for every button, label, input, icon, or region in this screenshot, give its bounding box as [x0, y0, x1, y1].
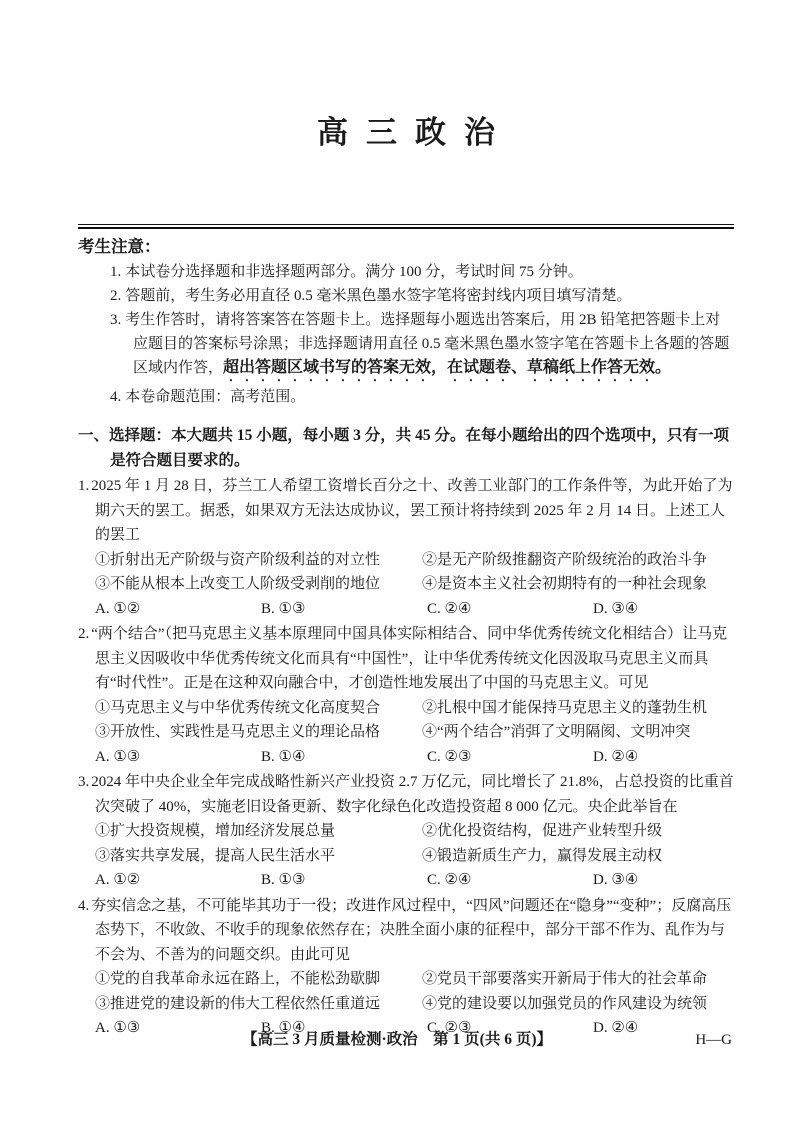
- choice-2: ②扎根中国才能保持马克思主义的蓬勃生机: [422, 696, 734, 721]
- choice-row: ①折射出无产阶级与资产阶级利益的对立性 ②是无产阶级推翻资产阶级统治的政治斗争: [78, 548, 734, 573]
- choice-row: ③不能从根本上改变工人阶级受剥削的地位 ④是资本主义社会初期特有的一种社会现象: [78, 572, 734, 597]
- notice-item-emphasis: 超出答题区域书写的答案无效，在试题卷、草稿纸上作答无效。: [223, 359, 671, 376]
- choice-2: ②优化投资结构，促进产业转型升级: [422, 819, 734, 844]
- notice-item-3: 3.考生作答时，请将答案答在答题卡上。选择题每小题选出答案后，用 2B 铅笔把答…: [78, 308, 734, 385]
- choice-4: ④“两个结合”消弭了文明隔阂、文明冲突: [422, 720, 734, 745]
- choice-row: ③落实共享发展，提高人民生活水平 ④锻造新质生产力，赢得发展主动权: [78, 844, 734, 869]
- option-c: C. ②④: [427, 597, 593, 622]
- notice-item-number: 4.: [110, 389, 121, 405]
- choice-row: ①扩大投资规模，增加经济发展总量 ②优化投资结构，促进产业转型升级: [78, 819, 734, 844]
- notice-item-text: 本卷命题范围：高考范围。: [125, 389, 305, 405]
- option-a: A. ①②: [95, 868, 261, 893]
- question-number: 2.: [78, 626, 89, 642]
- candidate-notice: 考生注意： 1.本试卷分选择题和非选择题两部分。满分 100 分，考试时间 75…: [78, 234, 734, 409]
- option-b: B. ①④: [261, 745, 427, 770]
- question-stem-text: 2025 年 1 月 28 日，芬兰工人希望工资增长百分之十、改善工业部门的工作…: [91, 478, 732, 543]
- choice-4: ④党的建设要以加强党员的作风建设为统领: [422, 992, 734, 1017]
- question-number: 3.: [78, 774, 89, 790]
- choice-3: ③推进党的建设新的伟大工程依然任重道远: [95, 992, 422, 1017]
- option-a: A. ①②: [95, 597, 261, 622]
- notice-item-2: 2.答题前，考生务必用直径 0.5 毫米黑色墨水签字笔将密封线内项目填写清楚。: [78, 284, 734, 308]
- choice-2: ②党员干部要落实开新局于伟大的社会革命: [422, 967, 734, 992]
- choice-3: ③开放性、实践性是马克思主义的理论品格: [95, 720, 422, 745]
- option-d: D. ③④: [593, 868, 638, 893]
- option-a: A. ①③: [95, 745, 261, 770]
- page-title: 高三政治: [78, 0, 734, 154]
- option-row: A. ①② B. ①③ C. ②④ D. ③④: [78, 868, 734, 893]
- option-c: C. ②④: [427, 868, 593, 893]
- footer-page-label: 【高三 3 月质量检测·政治 第 1 页(共 6 页)】: [242, 1031, 552, 1048]
- notice-item-number: 1.: [110, 264, 121, 280]
- question-4: 4.夯实信念之基，不可能毕其功于一役；改进作风过程中，“四风”问题还在“隐身”“…: [78, 894, 734, 1041]
- question-stem: 1.2025 年 1 月 28 日，芬兰工人希望工资增长百分之十、改善工业部门的…: [78, 474, 734, 548]
- option-d: D. ②④: [593, 745, 638, 770]
- exam-paper-page: 高三政治 考生注意： 1.本试卷分选择题和非选择题两部分。满分 100 分，考试…: [0, 0, 794, 1122]
- header-divider: [78, 224, 734, 229]
- choice-3: ③落实共享发展，提高人民生活水平: [95, 844, 422, 869]
- notice-item-number: 3.: [110, 312, 121, 328]
- notice-item-4: 4.本卷命题范围：高考范围。: [78, 385, 734, 409]
- question-2: 2.“两个结合”（把马克思主义基本原理同中国具体实际相结合、同中华优秀传统文化相…: [78, 622, 734, 769]
- choice-1: ①马克思主义与中华优秀传统文化高度契合: [95, 696, 422, 721]
- question-3: 3.2024 年中央企业全年完成战略性新兴产业投资 2.7 万亿元，同比增长了 …: [78, 770, 734, 893]
- option-d: D. ③④: [593, 597, 638, 622]
- choice-2: ②是无产阶级推翻资产阶级统治的政治斗争: [422, 548, 734, 573]
- choice-row: ③推进党的建设新的伟大工程依然任重道远 ④党的建设要以加强党员的作风建设为统领: [78, 992, 734, 1017]
- page-content: 高三政治 考生注意： 1.本试卷分选择题和非选择题两部分。满分 100 分，考试…: [0, 0, 794, 1041]
- choice-1: ①扩大投资规模，增加经济发展总量: [95, 819, 422, 844]
- option-c: C. ②③: [427, 745, 593, 770]
- question-stem-text: 2024 年中央企业全年完成战略性新兴产业投资 2.7 万亿元，同比增长了 21…: [91, 774, 734, 815]
- choice-row: ①党的自我革命永远在路上，不能松劲歇脚 ②党员干部要落实开新局于伟大的社会革命: [78, 967, 734, 992]
- question-number: 1.: [78, 478, 89, 494]
- option-b: B. ①③: [261, 597, 427, 622]
- section-heading-choice-questions: 一、选择题：本大题共 15 小题，每小题 3 分，共 45 分。在每小题给出的四…: [78, 423, 734, 473]
- question-1: 1.2025 年 1 月 28 日，芬兰工人希望工资增长百分之十、改善工业部门的…: [78, 474, 734, 621]
- footer-paper-code: H—G: [695, 1028, 732, 1052]
- option-row: A. ①③ B. ①④ C. ②③ D. ②④: [78, 745, 734, 770]
- notice-heading: 考生注意：: [78, 234, 734, 260]
- notice-item-text: 本试卷分选择题和非选择题两部分。满分 100 分，考试时间 75 分钟。: [125, 264, 583, 280]
- page-footer: 【高三 3 月质量检测·政治 第 1 页(共 6 页)】 H—G: [0, 1028, 794, 1052]
- question-stem: 3.2024 年中央企业全年完成战略性新兴产业投资 2.7 万亿元，同比增长了 …: [78, 770, 734, 819]
- notice-item-number: 2.: [110, 288, 121, 304]
- choice-row: ③开放性、实践性是马克思主义的理论品格 ④“两个结合”消弭了文明隔阂、文明冲突: [78, 720, 734, 745]
- question-number: 4.: [78, 898, 89, 914]
- option-row: A. ①② B. ①③ C. ②④ D. ③④: [78, 597, 734, 622]
- question-stem-text: “两个结合”（把马克思主义基本原理同中国具体实际相结合、同中华优秀传统文化相结合…: [91, 626, 727, 691]
- choice-4: ④锻造新质生产力，赢得发展主动权: [422, 844, 734, 869]
- question-stem-text: 夯实信念之基，不可能毕其功于一役；改进作风过程中，“四风”问题还在“隐身”“变种…: [91, 898, 731, 963]
- choice-1: ①折射出无产阶级与资产阶级利益的对立性: [95, 548, 422, 573]
- choice-3: ③不能从根本上改变工人阶级受剥削的地位: [95, 572, 422, 597]
- question-stem: 2.“两个结合”（把马克思主义基本原理同中国具体实际相结合、同中华优秀传统文化相…: [78, 622, 734, 696]
- notice-item-1: 1.本试卷分选择题和非选择题两部分。满分 100 分，考试时间 75 分钟。: [78, 260, 734, 284]
- notice-item-text: 答题前，考生务必用直径 0.5 毫米黑色墨水签字笔将密封线内项目填写清楚。: [125, 288, 631, 304]
- option-b: B. ①③: [261, 868, 427, 893]
- question-stem: 4.夯实信念之基，不可能毕其功于一役；改进作风过程中，“四风”问题还在“隐身”“…: [78, 894, 734, 968]
- choice-1: ①党的自我革命永远在路上，不能松劲歇脚: [95, 967, 422, 992]
- choice-row: ①马克思主义与中华优秀传统文化高度契合 ②扎根中国才能保持马克思主义的蓬勃生机: [78, 696, 734, 721]
- choice-4: ④是资本主义社会初期特有的一种社会现象: [422, 572, 734, 597]
